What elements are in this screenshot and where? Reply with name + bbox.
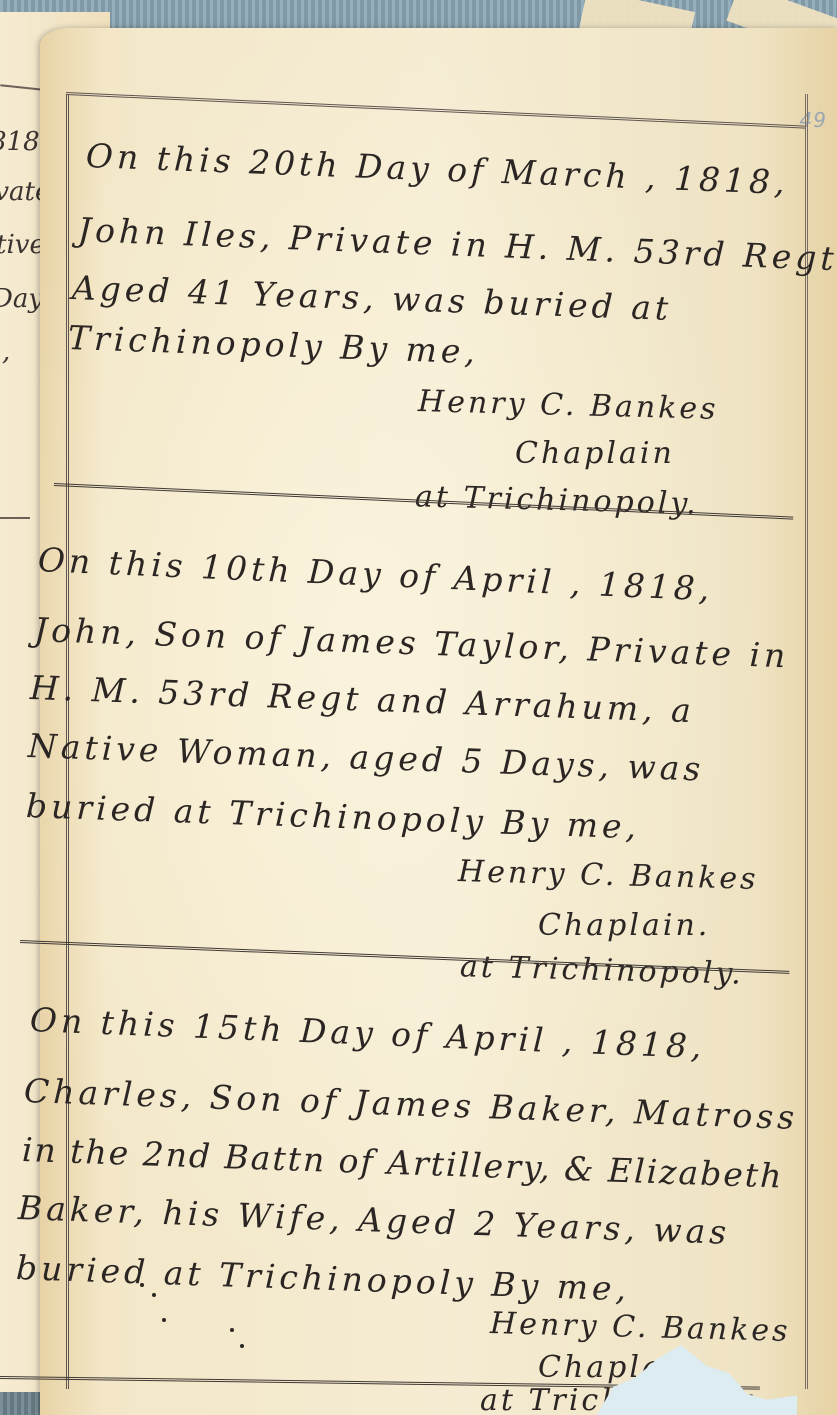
previous-page-rule [0, 517, 30, 519]
previous-page-fragment: , [2, 337, 10, 367]
ink-speck [140, 1283, 144, 1287]
signature-title: Chaplain [515, 436, 675, 471]
ink-speck [152, 1293, 156, 1297]
signature-title: Chaplain. [538, 908, 710, 943]
ink-speck [240, 1344, 244, 1348]
ink-speck [230, 1328, 234, 1332]
ink-speck [162, 1318, 166, 1322]
signature-place: at Trichinopoly. [460, 949, 745, 991]
register-page: 49 On this 20th Day of March , 1818, Joh… [40, 28, 837, 1415]
previous-page-fragment: tive [0, 230, 45, 260]
